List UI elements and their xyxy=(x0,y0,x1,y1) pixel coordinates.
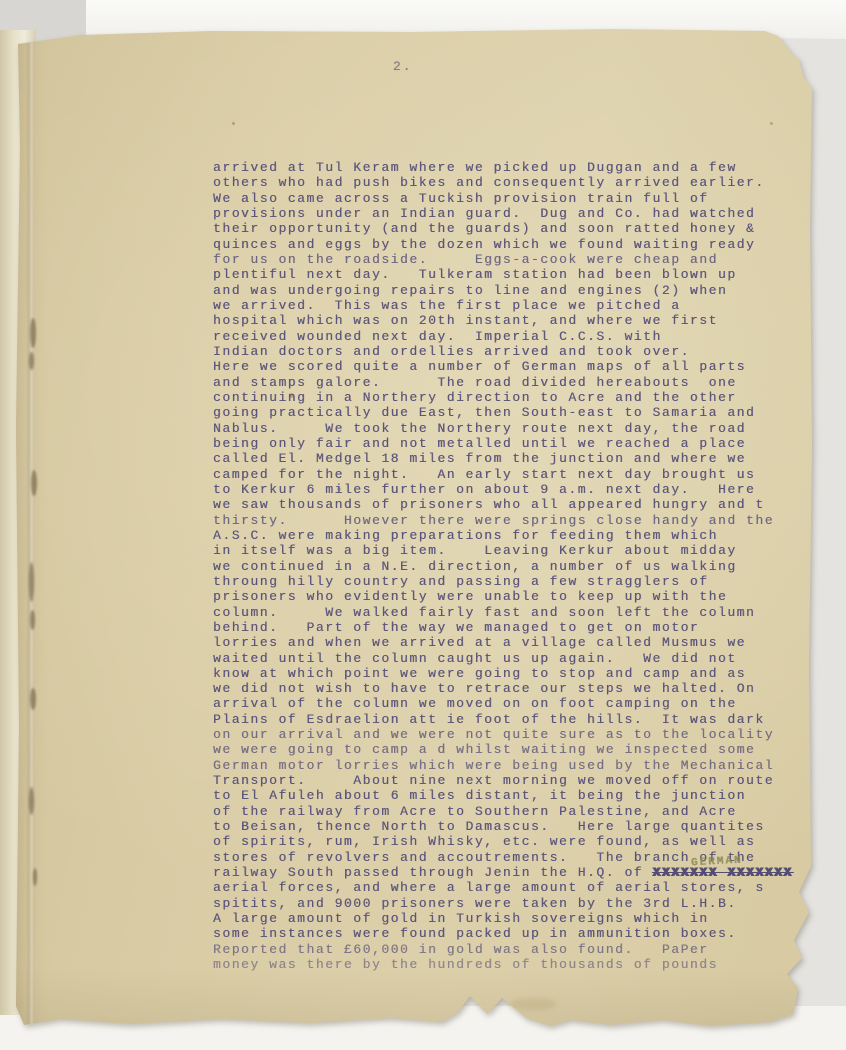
text-line: Here we scored quite a number of German … xyxy=(213,359,803,374)
crease-mark xyxy=(29,562,34,602)
text-line: in itself was a big item. Leaving Kerkur… xyxy=(213,543,803,558)
text-line: provisions under an Indian guard. Dug an… xyxy=(213,206,803,221)
text-line: to Beisan, thence North to Damascus. Her… xyxy=(213,819,803,834)
text-line: We also came across a Tuckish provision … xyxy=(213,191,803,206)
text-line: Indian doctors and ordellies arrived and… xyxy=(213,344,803,359)
text-line: arrived at Tul Keram where we picked up … xyxy=(213,160,803,175)
text-line: waited until the column caught us up aga… xyxy=(213,651,803,666)
page-number: 2. xyxy=(393,59,413,74)
text-line: quinces and eggs by the dozen which we f… xyxy=(213,237,803,252)
text-line: railway South passed through Jenin the H… xyxy=(213,865,803,880)
text-line: we saw thousands of prisoners who all ap… xyxy=(213,497,803,512)
text-line: know at which point we were going to sto… xyxy=(213,666,803,681)
text-line: their opportunity (and the guards) and s… xyxy=(213,221,803,236)
text-line: camped for the night. An early start nex… xyxy=(213,467,803,482)
crease-mark xyxy=(30,318,36,348)
text-line: others who had push bikes and consequent… xyxy=(213,175,803,190)
overtype-annotation: GERMAN xyxy=(691,854,743,872)
text-line: arrival of the column we moved on on foo… xyxy=(213,696,803,711)
document-page: 2. arrived at Tul Keram where we picked … xyxy=(10,26,816,1038)
text-line: continuing in a Northery direction to Ac… xyxy=(213,390,803,405)
text-line: aerial forces, and where a large amount … xyxy=(213,880,803,895)
crease-mark xyxy=(29,352,34,370)
text-line: column. We walked fairly fast and soon l… xyxy=(213,605,803,620)
text-line: Reported that £60,000 in gold was also f… xyxy=(213,942,803,957)
text-line: prisoners who evidently were unable to k… xyxy=(213,589,803,604)
text-line: some instances were found packed up in a… xyxy=(213,926,803,941)
text-line: to Kerkur 6 miles further on about 9 a.m… xyxy=(213,482,803,497)
typed-body: arrived at Tul Keram where we picked up … xyxy=(213,160,803,972)
text-line: German motor lorries which were being us… xyxy=(213,758,803,773)
text-line: money was there by the hundreds of thous… xyxy=(213,957,803,972)
text-line: on our arrival and we were not quite sur… xyxy=(213,727,803,742)
text-line: for us on the roadside. Eggs-a-cook were… xyxy=(213,252,803,267)
text-line: behind. Part of the way we managed to ge… xyxy=(213,620,803,635)
text-line: Nablus. We took the Northery route next … xyxy=(213,421,803,436)
text-line: lorries and when we arrived at a village… xyxy=(213,635,803,650)
text-line: and was undergoing repairs to line and e… xyxy=(213,283,803,298)
text-segment: railway South passed through Jenin the H… xyxy=(213,865,653,880)
stain-spot xyxy=(770,122,773,125)
text-line: we arrived. This was the first place we … xyxy=(213,298,803,313)
text-line: being only fair and not metalled until w… xyxy=(213,436,803,451)
text-line: A large amount of gold in Turkish sovere… xyxy=(213,911,803,926)
text-line: we were going to camp a d whilst waiting… xyxy=(213,742,803,757)
text-line: spitits, and 9000 prisoners were taken b… xyxy=(213,896,803,911)
text-line: thirsty. However there were springs clos… xyxy=(213,513,803,528)
document-page-wrapper: 2. arrived at Tul Keram where we picked … xyxy=(10,26,816,1038)
text-line: going practically due East, then South-e… xyxy=(213,405,803,420)
text-line: throung hilly country and passing a few … xyxy=(213,574,803,589)
crease-mark xyxy=(30,688,36,710)
crease-mark xyxy=(31,470,37,496)
crease-mark xyxy=(29,787,34,815)
text-line: we continued in a N.E. direction, a numb… xyxy=(213,559,803,574)
text-line: Transport. About nine next morning we mo… xyxy=(213,773,803,788)
text-line: we did not wish to have to retrace our s… xyxy=(213,681,803,696)
fold-crease xyxy=(28,26,34,1038)
text-line: plentiful next day. Tulkeram station had… xyxy=(213,267,803,282)
text-line: and stamps galore. The road divided here… xyxy=(213,375,803,390)
crease-mark xyxy=(33,868,37,886)
stain-spot xyxy=(232,122,235,125)
stain-spot xyxy=(510,998,556,1010)
text-line: received wounded next day. Imperial C.C.… xyxy=(213,329,803,344)
text-line: Plains of Esdraelion att ie foot of the … xyxy=(213,712,803,727)
text-line: hospital which was on 20th instant, and … xyxy=(213,313,803,328)
text-line: of spirits, rum, Irish Whisky, etc. were… xyxy=(213,834,803,849)
crease-mark xyxy=(30,610,35,630)
text-line: called El. Medgel 18 miles from the junc… xyxy=(213,451,803,466)
text-line: to El Afuleh about 6 miles distant, it b… xyxy=(213,788,803,803)
text-line: A.S.C. were making preparations for feed… xyxy=(213,528,803,543)
text-line: of the railway from Acre to Southern Pal… xyxy=(213,804,803,819)
